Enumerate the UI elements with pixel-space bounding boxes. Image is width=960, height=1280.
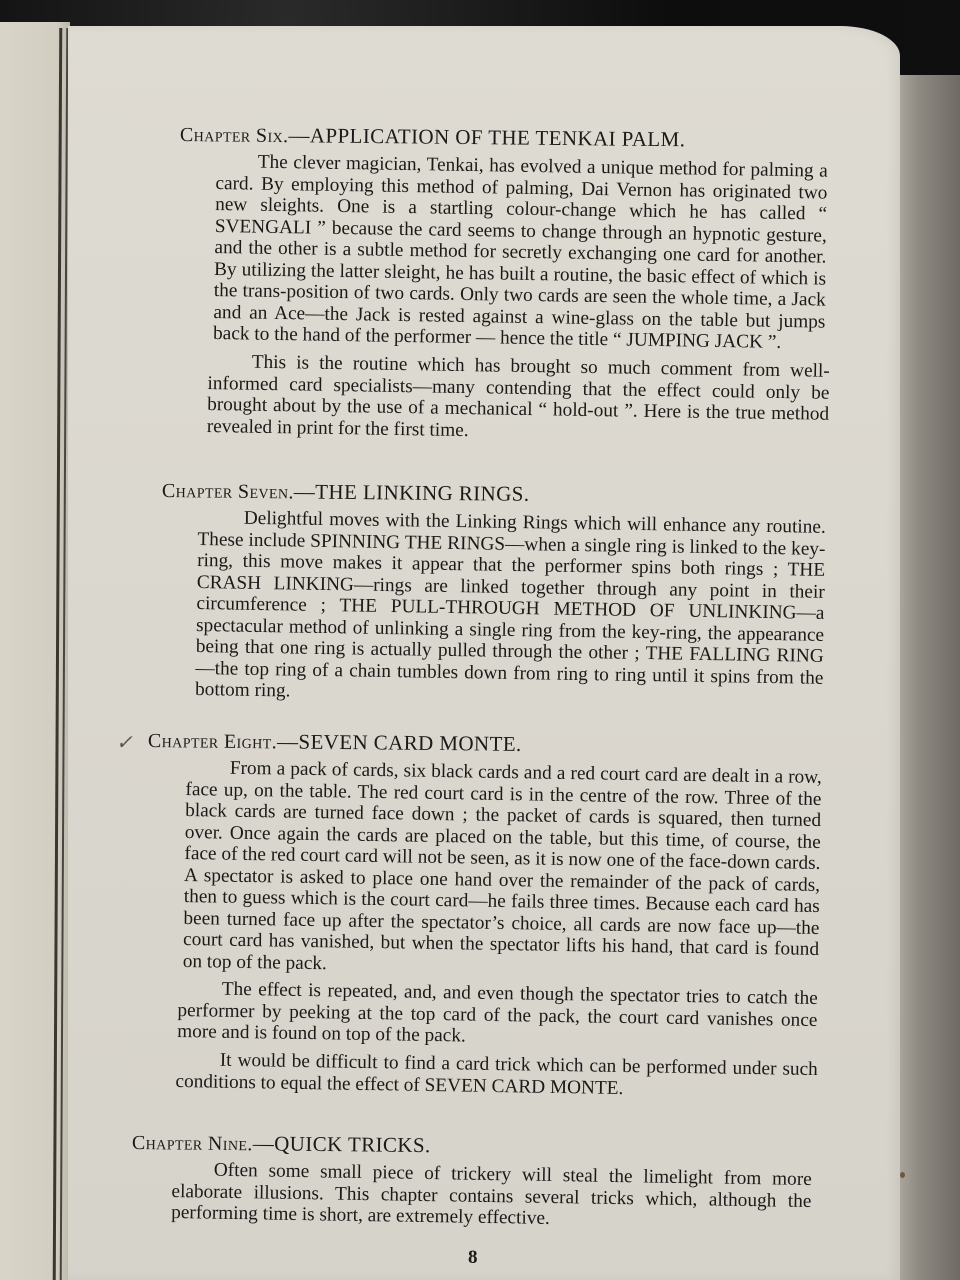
chapter-heading: Chapter Seven.—THE LINKING RINGS. xyxy=(162,478,902,511)
paragraph: Often some small piece of trickery will … xyxy=(171,1159,812,1234)
chapter-heading: Chapter Six.—APPLICATION OF THE TENKAI P… xyxy=(180,122,900,155)
chapter-label: Chapter Seven. xyxy=(162,480,294,503)
paragraph: This is the routine which has brought so… xyxy=(207,351,830,447)
chapter-eight: Chapter Eight.—SEVEN CARD MONTE. From a … xyxy=(148,728,908,1098)
paragraph: From a pack of cards, six black cards an… xyxy=(183,757,822,982)
chapter-label: Chapter Six. xyxy=(180,124,289,147)
paragraph: The effect is repeated, and, and even th… xyxy=(177,978,818,1053)
chapter-nine: Chapter Nine.—QUICK TRICKS. Often some s… xyxy=(132,1130,892,1230)
chapter-title: —APPLICATION OF THE TENKAI PALM. xyxy=(288,123,685,151)
chapter-heading: Chapter Eight.—SEVEN CARD MONTE. xyxy=(148,728,908,761)
chapter-title: —QUICK TRICKS. xyxy=(253,1131,431,1157)
chapter-label: Chapter Eight. xyxy=(148,730,277,753)
chapter-heading: Chapter Nine.—QUICK TRICKS. xyxy=(132,1130,892,1163)
paragraph: It would be difficult to find a card tri… xyxy=(175,1049,818,1102)
page-number: 8 xyxy=(468,1247,478,1269)
paper-speck xyxy=(900,1172,905,1178)
paragraph: Delightful moves with the Linking Rings … xyxy=(195,507,826,710)
paragraph: The clever magician, Tenkai, has evolved… xyxy=(213,151,828,354)
page-content: Chapter Six.—APPLICATION OF THE TENKAI P… xyxy=(68,26,900,1280)
chapter-title: —SEVEN CARD MONTE. xyxy=(277,729,522,756)
chapter-title: —THE LINKING RINGS. xyxy=(294,479,530,505)
chapter-label: Chapter Nine. xyxy=(132,1132,253,1155)
chapter-six: Chapter Six.—APPLICATION OF THE TENKAI P… xyxy=(180,122,900,443)
chapter-seven: Chapter Seven.—THE LINKING RINGS. Deligh… xyxy=(162,478,902,707)
handwritten-check-mark: ✓ xyxy=(116,730,133,755)
book-page: Chapter Six.—APPLICATION OF THE TENKAI P… xyxy=(68,26,900,1280)
